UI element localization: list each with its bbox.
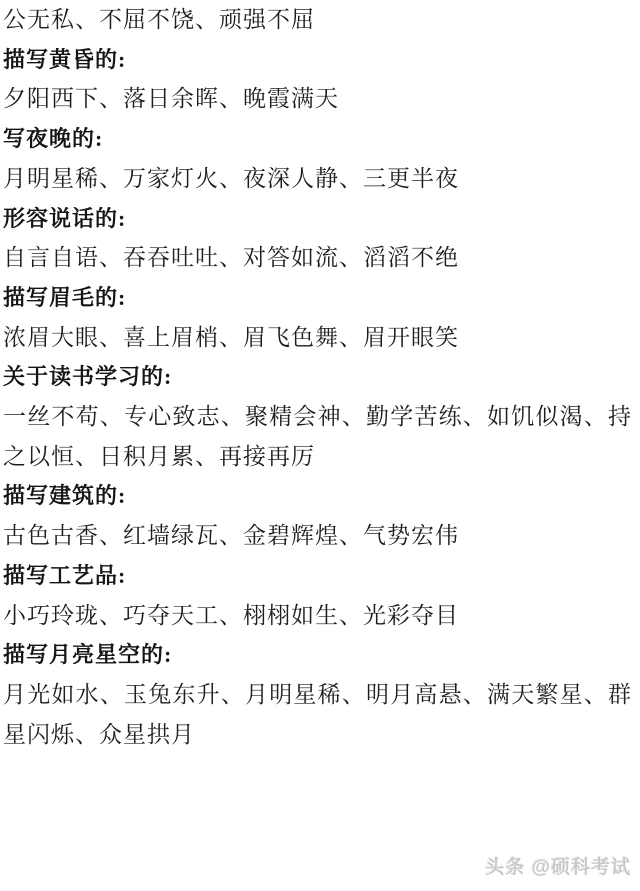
section-heading-eyebrows: 描写眉毛的:	[3, 278, 632, 318]
idiom-line-dusk: 夕阳西下、落日余晖、晚霞满天	[3, 79, 632, 119]
section-heading-night: 写夜晚的:	[3, 119, 632, 159]
section-heading-handicraft: 描写工艺品:	[3, 556, 632, 596]
idiom-line-night: 月明星稀、万家灯火、夜深人静、三更半夜	[3, 159, 632, 199]
idiom-list-document: 公无私、不屈不饶、顽强不屈 描写黄昏的: 夕阳西下、落日余晖、晚霞满天 写夜晚的…	[0, 0, 640, 754]
idiom-line-handicraft: 小巧玲珑、巧夺天工、栩栩如生、光彩夺目	[3, 596, 632, 636]
watermark-text: 头条 @硕科考试	[485, 857, 631, 878]
idiom-line-architecture: 古色古香、红墙绿瓦、金碧辉煌、气势宏伟	[3, 516, 632, 556]
document-page: 公无私、不屈不饶、顽强不屈 描写黄昏的: 夕阳西下、落日余晖、晚霞满天 写夜晚的…	[0, 0, 640, 891]
section-heading-architecture: 描写建筑的:	[3, 476, 632, 516]
toutiao-watermark: 头条 @硕科考试	[485, 856, 631, 880]
intro-line: 公无私、不屈不饶、顽强不屈	[3, 0, 632, 40]
section-heading-study: 关于读书学习的:	[3, 357, 632, 397]
idiom-line-eyebrows: 浓眉大眼、喜上眉梢、眉飞色舞、眉开眼笑	[3, 318, 632, 358]
idiom-line-moon-stars: 月光如水、玉兔东升、月明星稀、明月高悬、满天繁星、群星闪烁、众星拱月	[3, 675, 632, 754]
section-heading-moon-stars: 描写月亮星空的:	[3, 635, 632, 675]
section-heading-speaking: 形容说话的:	[3, 199, 632, 239]
idiom-line-study: 一丝不苟、专心致志、聚精会神、勤学苦练、如饥似渴、持之以恒、日积月累、再接再厉	[3, 397, 632, 476]
section-heading-dusk: 描写黄昏的:	[3, 40, 632, 80]
idiom-line-speaking: 自言自语、吞吞吐吐、对答如流、滔滔不绝	[3, 238, 632, 278]
